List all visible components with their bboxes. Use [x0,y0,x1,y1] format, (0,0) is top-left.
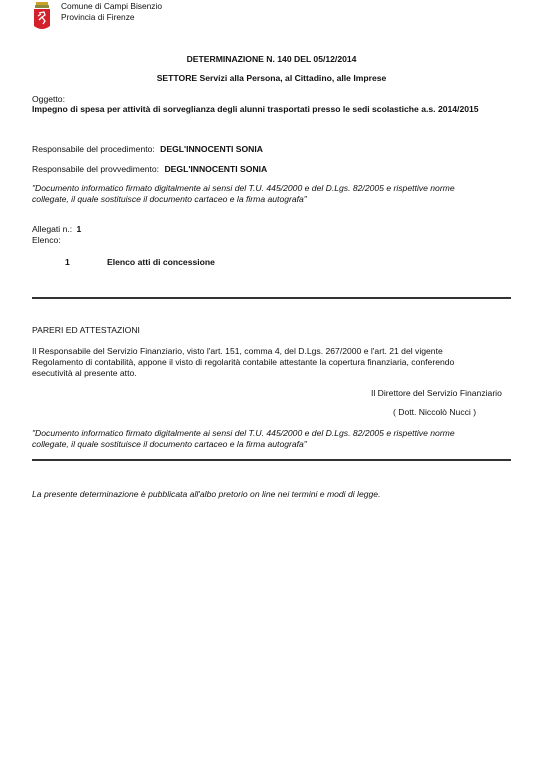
opinions-text-line3: esecutività al presente atto. [32,368,137,378]
digital-signature-note-line2: collegate, il quale sostituisce il docum… [32,194,307,204]
coat-of-arms-icon [32,2,52,32]
provision-label: Responsabile del provvedimento: [32,164,159,174]
provision-responsible: Responsabile del provvedimento: DEGL'INN… [32,164,267,174]
digital-signature-note-2-line2: collegate, il quale sostituisce il docum… [32,439,307,449]
attachment-item-number: 1 [65,257,70,267]
attachments-count-label: Allegati n.: [32,224,72,234]
attachments-list-label: Elenco: [32,235,61,245]
section-divider [32,459,511,461]
procedure-name: DEGL'INNOCENTI SONIA [160,144,263,154]
opinions-text-line1: Il Responsabile del Servizio Finanziario… [32,346,443,356]
provision-name: DEGL'INNOCENTI SONIA [164,164,267,174]
determination-title: DETERMINAZIONE N. 140 DEL 05/12/2014 [0,54,543,64]
opinions-heading: PARERI ED ATTESTAZIONI [32,325,140,335]
province-name: Provincia di Firenze [61,12,135,22]
procedure-label: Responsabile del procedimento: [32,144,155,154]
subject-label: Oggetto: [32,94,65,104]
section-divider [32,297,511,299]
signer-name: ( Dott. Niccolò Nucci ) [393,407,476,417]
attachment-item-title[interactable]: Elenco atti di concessione [107,257,215,267]
sector-label: SETTORE [157,73,197,83]
procedure-responsible: Responsabile del procedimento: DEGL'INNO… [32,144,263,154]
attachments-count-value: 1 [77,224,82,234]
sector-line: SETTORE Servizi alla Persona, al Cittadi… [0,73,543,83]
sector-name: Servizi alla Persona, al Cittadino, alle… [200,73,387,83]
subject-text: Impegno di spesa per attività di sorvegl… [32,104,479,114]
digital-signature-note-line1: "Documento informatico firmato digitalme… [32,183,455,193]
attachments-count: Allegati n.: 1 [32,224,81,234]
digital-signature-note-2-line1: "Documento informatico firmato digitalme… [32,428,455,438]
publication-note: La presente determinazione è pubblicata … [32,489,380,499]
signer-role: Il Direttore del Servizio Finanziario [371,388,502,398]
opinions-text-line2: Regolamento di contabilità, appone il vi… [32,357,454,367]
municipality-name: Comune di Campi Bisenzio [61,1,162,11]
